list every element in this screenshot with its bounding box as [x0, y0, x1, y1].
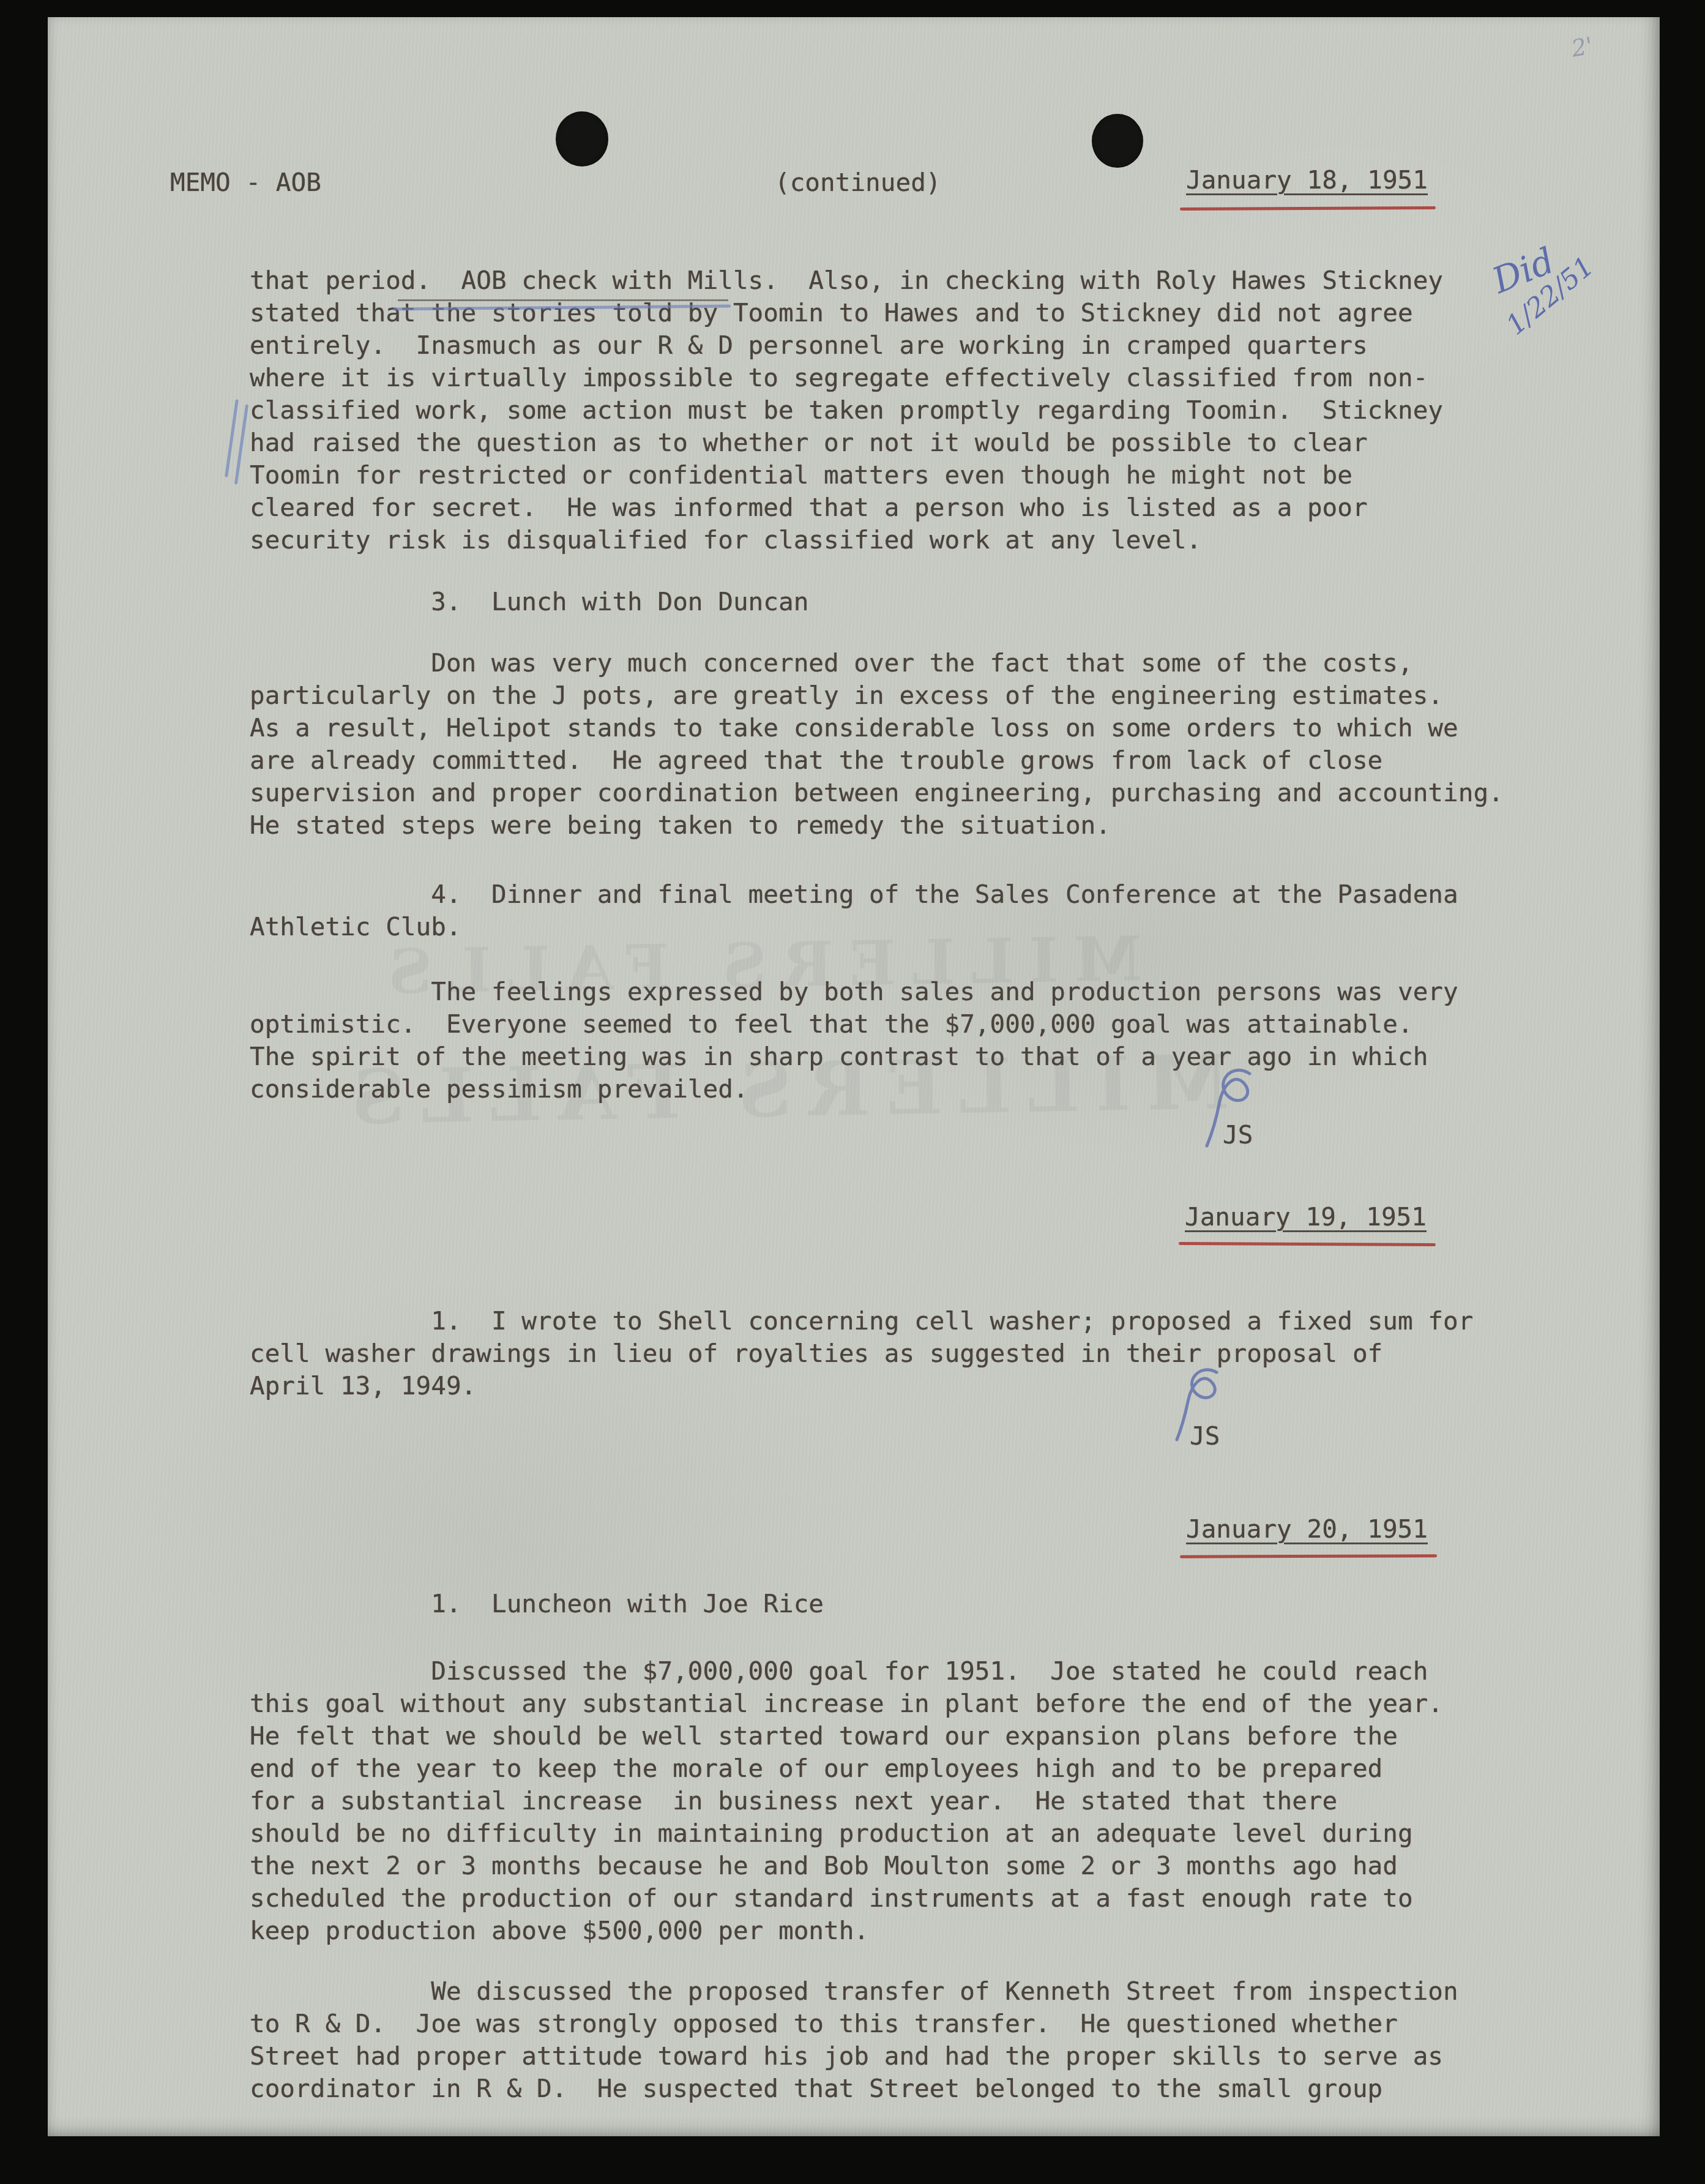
typed-underline-aob-check: [398, 299, 728, 301]
memo-label: MEMO - AOB: [170, 166, 321, 199]
paragraph-feelings-optimistic: The feelings expressed by both sales and…: [250, 976, 1523, 1105]
heading-luncheon-joe-rice: 1. Luncheon with Joe Rice: [250, 1588, 1523, 1620]
date-heading-jan18: January 18, 1951: [1186, 164, 1428, 196]
punch-hole-right: [1092, 114, 1143, 168]
paragraph-shell-cell-washer: 1. I wrote to Shell concerning cell wash…: [250, 1305, 1535, 1402]
initials-js-2: JS: [1190, 1420, 1220, 1453]
date-heading-jan20: January 20, 1951: [1186, 1513, 1428, 1546]
punch-hole-left: [556, 111, 608, 166]
paragraph-goal-1951: Discussed the $7,000,000 goal for 1951. …: [250, 1655, 1529, 1947]
continued-label: (continued): [775, 166, 941, 199]
paragraph-kenneth-street: We discussed the proposed transfer of Ke…: [250, 1975, 1529, 2105]
paragraph-don-duncan: Don was very much concerned over the fac…: [250, 647, 1535, 842]
pencil-corner-note: 2': [1569, 32, 1595, 62]
initials-js-1: JS: [1223, 1119, 1253, 1151]
heading-lunch-don-duncan: 3. Lunch with Don Duncan: [250, 586, 1523, 618]
scanned-memo-page: { "page": { "background_color": "#0b0b09…: [0, 0, 1705, 2184]
date-heading-jan19: January 19, 1951: [1185, 1201, 1427, 1233]
heading-dinner-sales-conference: 4. Dinner and final meeting of the Sales…: [250, 878, 1523, 943]
